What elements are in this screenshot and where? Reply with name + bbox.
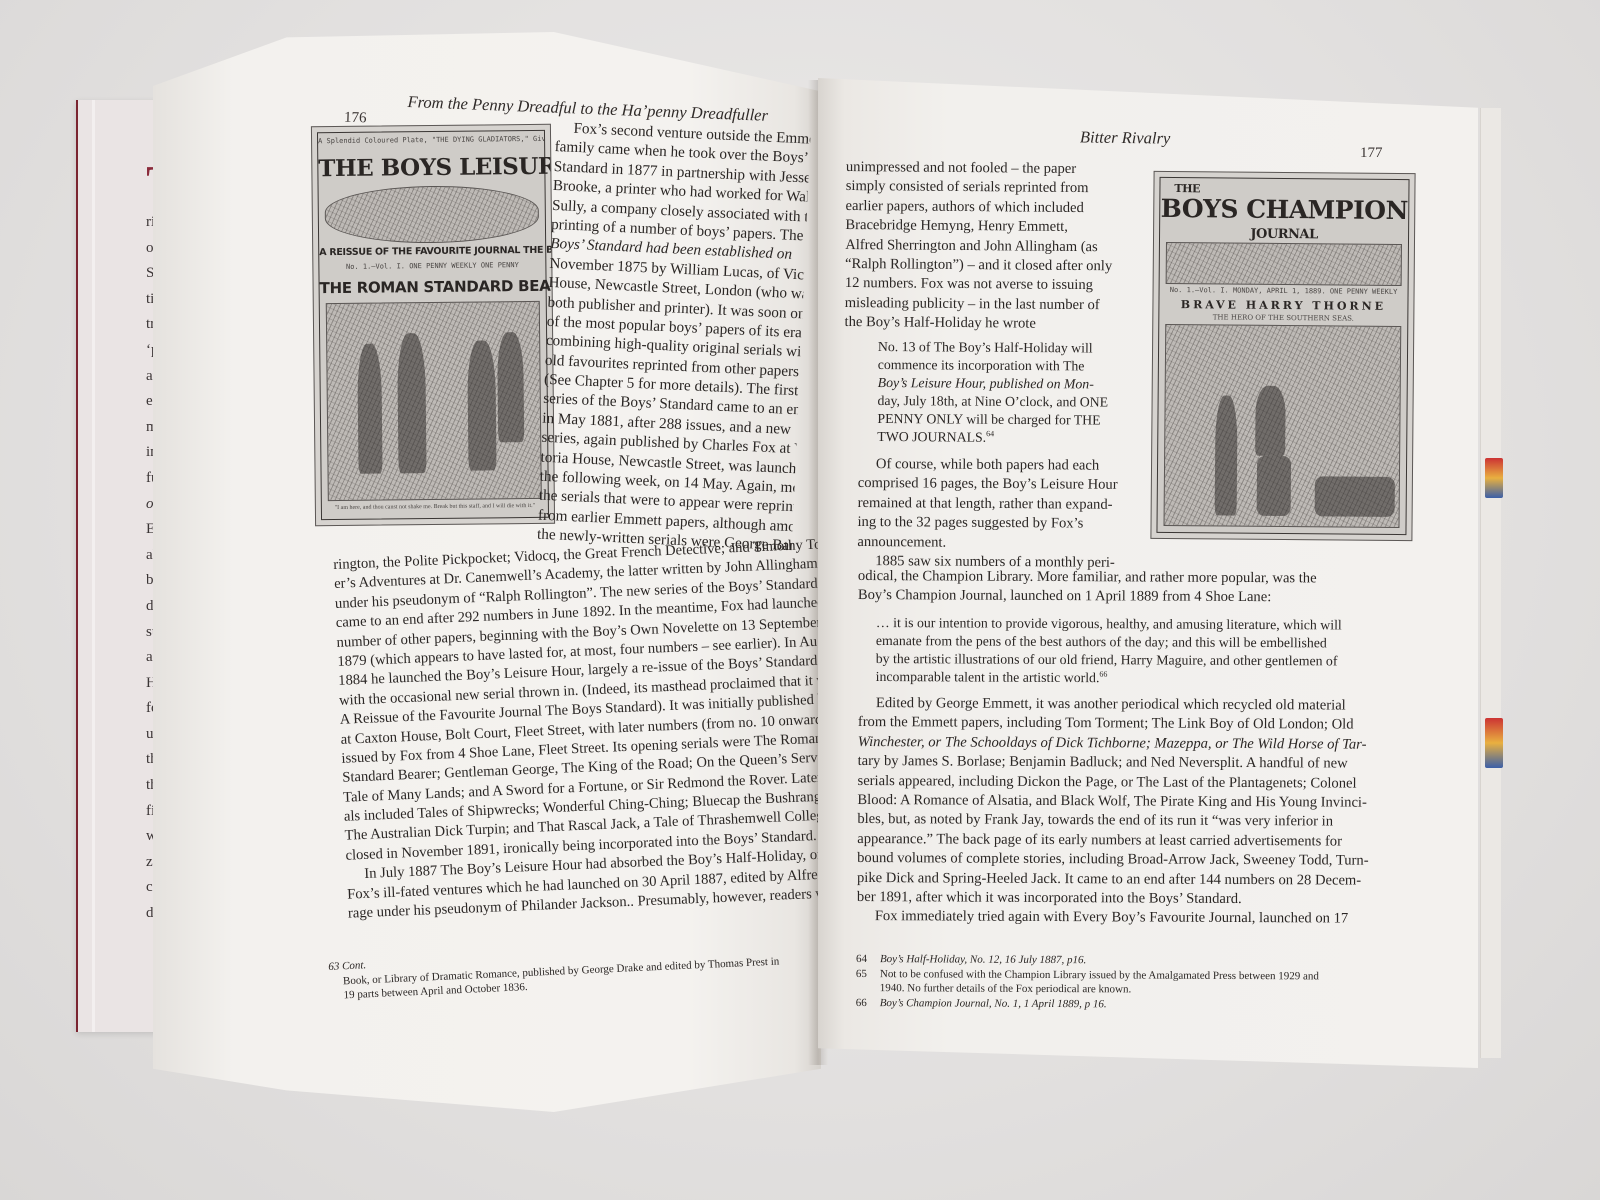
- text-line: bound volumes of complete stories, inclu…: [857, 849, 1377, 871]
- text-line: earlier papers, authors of which include…: [845, 197, 1135, 219]
- text-line: 12 numbers. Fox was not averse to issuin…: [845, 274, 1135, 296]
- figure-boys-leisure-hour: A Splendid Coloured Plate, "THE DYING GL…: [311, 124, 555, 526]
- note-ref-66: 66: [1099, 670, 1107, 679]
- right-para-2: Of course, while both papers had each co…: [857, 455, 1138, 573]
- text-line: unimpressed and not fooled – the paper: [846, 158, 1136, 180]
- right-para-3: Edited by George Emmett, it was another …: [857, 694, 1378, 929]
- figure-person: [1215, 395, 1238, 515]
- right-column-text: unimpressed and not fooled – the paper s…: [844, 158, 1136, 335]
- text-line: from the Emmett papers, including Tom To…: [858, 713, 1378, 735]
- text-line: Fox immediately tried again with Every B…: [857, 907, 1377, 929]
- figure-story-title: BRAVE HARRY THORNE: [1159, 298, 1407, 313]
- figure-person: [1255, 386, 1286, 456]
- note-ref-64: 64: [986, 429, 994, 438]
- text-line: “Ralph Rollington”) – and it closed afte…: [845, 255, 1135, 277]
- footnote-number: 64: [856, 952, 880, 967]
- text-line: Bracebridge Hemyng, Henry Emmett,: [845, 216, 1135, 238]
- figure-masthead: THE BOYS LEISURE HOUR: [318, 153, 544, 182]
- right-footnotes: 64Boy’s Half-Holiday, No. 12, 16 July 18…: [856, 952, 1376, 1013]
- footnote-66: 66Boy’s Champion Journal, No. 1, 1 April…: [856, 995, 1376, 1012]
- figure-story-title: THE ROMAN STANDARD BEARER.: [320, 277, 546, 297]
- text-line: Blood: A Romance of Alsatia, and Black W…: [857, 791, 1377, 813]
- barrels: [1315, 476, 1395, 517]
- footnote-text: Boy’s Champion Journal, No. 1, 1 April 1…: [880, 997, 1107, 1010]
- insert-scrap: [1485, 718, 1503, 768]
- text-line: Of course, while both papers had each: [858, 455, 1138, 476]
- figure-person: [397, 333, 426, 473]
- figure-masthead: BOYS CHAMPION: [1160, 194, 1408, 225]
- footnote-text: 1940. No further details of the Fox peri…: [880, 982, 1131, 995]
- left-column-text: Fox’s second venture outside the Emmett …: [537, 118, 811, 556]
- figure-person: [467, 340, 496, 470]
- quote-line: commence its incorporation with The: [878, 356, 1128, 376]
- text-line: misleading publicity – in the last numbe…: [845, 294, 1135, 316]
- text-line: Alfred Sherrington and John Allingham (a…: [845, 236, 1135, 258]
- footnote-text: Not to be confused with the Champion Lib…: [880, 968, 1319, 982]
- figure-masthead-bottom: JOURNAL: [1160, 226, 1408, 243]
- text-line: Edited by George Emmett, it was another …: [858, 694, 1378, 716]
- text-line: serials appeared, including Dickon the P…: [857, 772, 1377, 794]
- footnote-number: 66: [856, 995, 880, 1010]
- text-line: odical, the Champion Library. More famil…: [858, 568, 1317, 586]
- figure-boys-champion-journal: THE BOYS CHAMPION JOURNAL No. 1.—Vol. I.…: [1150, 171, 1415, 541]
- text-line: remained at that length, rather than exp…: [858, 494, 1138, 515]
- roman-soldiers-illustration: [326, 301, 542, 501]
- quote-champion-journal: … it is our intention to provide vigorou…: [876, 614, 1366, 689]
- quote-half-holiday: No. 13 of The Boy’s Half-Holiday will co…: [877, 338, 1128, 448]
- right-full-width-text: odical, the Champion Library. More famil…: [858, 567, 1378, 609]
- text-line: pike Dick and Spring-Heeled Jack. It cam…: [857, 869, 1377, 891]
- running-head-right: Bitter Rivalry: [1080, 127, 1171, 148]
- text-line: ber 1891, after which it was incorporate…: [857, 888, 1377, 910]
- footnote-number: 65: [856, 966, 880, 981]
- jacket-edge: [92, 100, 95, 1032]
- figure-subtitle: A REISSUE OF THE FAVOURITE JOURNAL THE B…: [319, 245, 545, 258]
- text-line: tary by James S. Borlase; Benjamin Badlu…: [858, 752, 1378, 774]
- quote-line: No. 13 of The Boy’s Half-Holiday will: [878, 338, 1128, 358]
- text-line: the Boy’s Half-Holiday he wrote: [844, 313, 1134, 335]
- quote-line: TWO JOURNALS.: [877, 429, 986, 445]
- page-number-right: 177: [1360, 145, 1383, 162]
- figure-person: [357, 344, 382, 474]
- barrel: [1257, 456, 1292, 516]
- quote-line: day, July 18th, at Nine O’clock, and ONE: [877, 392, 1127, 412]
- text-line: comprised 16 pages, the Boy’s Leisure Ho…: [858, 474, 1138, 495]
- quote-line: PENNY ONLY will be charged for THE: [877, 410, 1127, 430]
- quote-line: incomparable talent in the artistic worl…: [876, 669, 1100, 685]
- text-line: Boy’s Champion Journal, launched on 1 Ap…: [858, 586, 1378, 608]
- text-line: appearance.” The back page of its early …: [857, 830, 1377, 852]
- sports-illustration: [1166, 242, 1402, 286]
- text-line: simply consisted of serials reprinted fr…: [846, 177, 1136, 199]
- text-line: announcement.: [857, 533, 1137, 554]
- text-line: bles, but, as noted by Frank Jay, toward…: [857, 810, 1377, 832]
- quote-line: Boy’s Leisure Hour, published on Mon-: [878, 374, 1128, 394]
- insert-scrap: [1485, 458, 1503, 498]
- text-line: Winchester, or The Schooldays of Dick Ti…: [858, 733, 1378, 755]
- footnote-text: Boy’s Half-Holiday, No. 12, 16 July 1887…: [880, 953, 1086, 966]
- figure-person: [497, 332, 524, 442]
- text-line: ing to the 32 pages suggested by Fox’s: [857, 513, 1137, 534]
- harbour-illustration: [1164, 324, 1402, 528]
- left-full-width-text: rington, the Polite Pickpocket; Vidocq, …: [333, 536, 836, 925]
- back-cover-edge: [1480, 108, 1501, 1058]
